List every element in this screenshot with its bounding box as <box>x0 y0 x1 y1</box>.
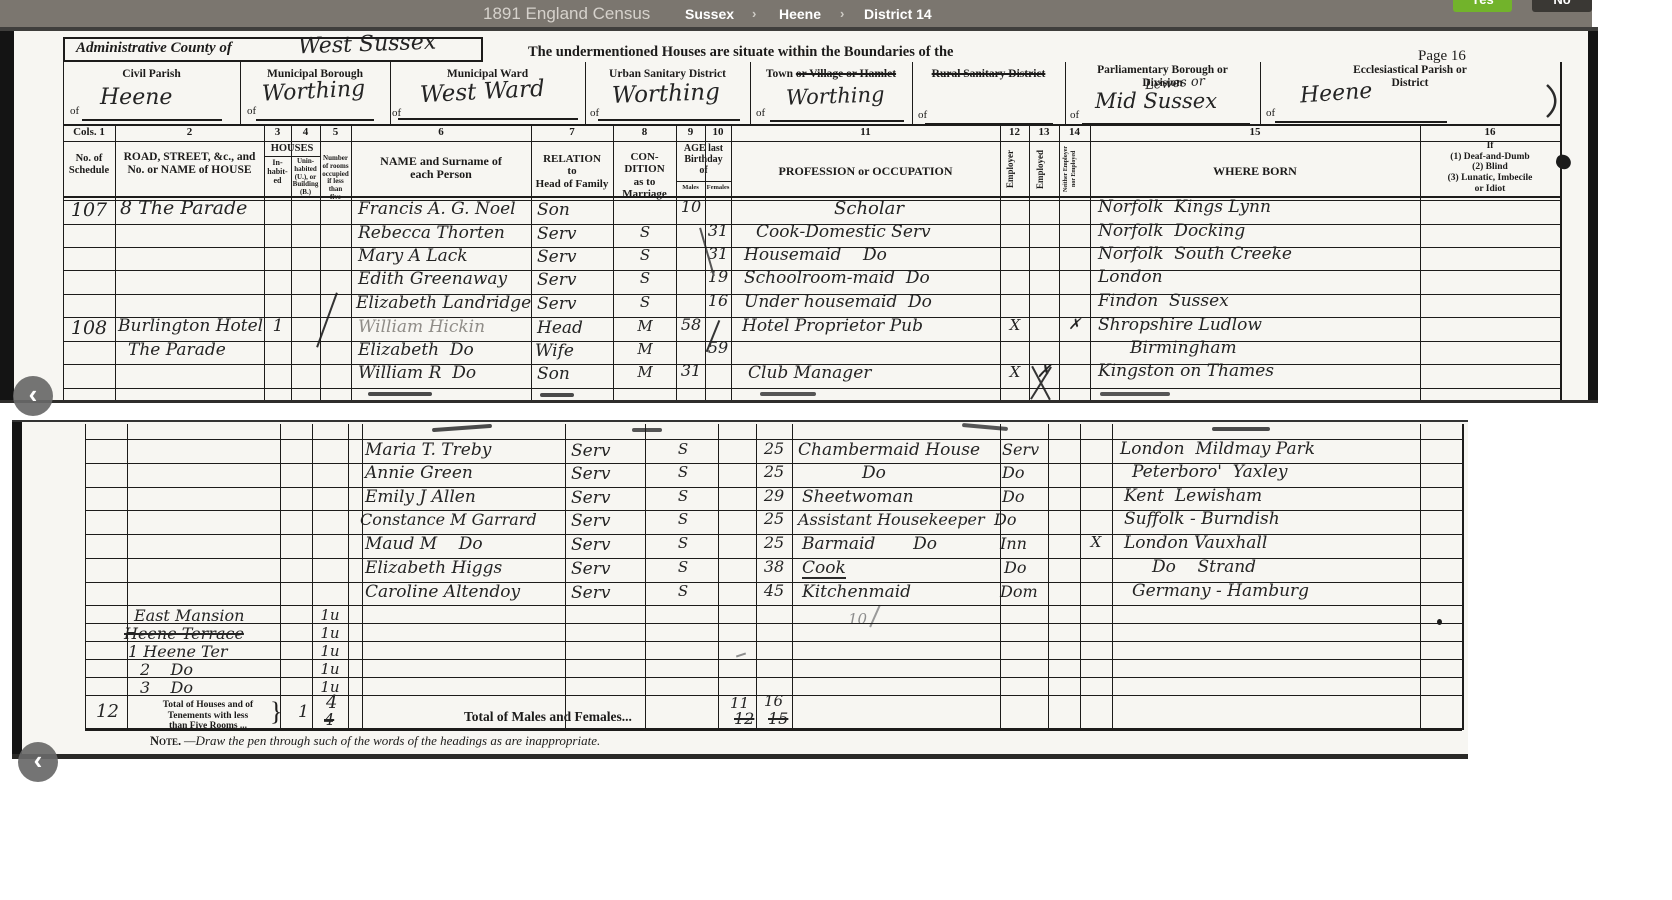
cutoff-writing <box>1100 392 1170 396</box>
cell-occupation: Cook <box>802 560 846 579</box>
grid-line <box>63 294 1560 295</box>
total-inhabited: 1 <box>298 704 309 721</box>
col-number: 9 <box>676 126 705 138</box>
cell-address: 3 Do <box>140 680 193 696</box>
district-value: Mid Sussex <box>1095 91 1217 112</box>
cell-address-struck: Heene Terrace <box>124 626 244 642</box>
no-button[interactable]: No <box>1532 0 1592 12</box>
grid-line <box>63 60 482 62</box>
grid-line <box>85 463 1462 464</box>
cell-name: Constance M Garrard <box>360 512 537 528</box>
cell-employer-mark: X <box>1001 365 1029 380</box>
of-label: of <box>247 105 256 117</box>
district-label: Rural Sanitary District <box>912 68 1065 81</box>
grid-line <box>1112 424 1113 730</box>
cell-occupation: Under housemaid Do <box>744 294 932 311</box>
col-number: 11 <box>731 126 1000 138</box>
header-houses: HOUSES <box>264 143 320 155</box>
of-label: of <box>1070 109 1079 121</box>
total-males-struck: 12 <box>734 711 754 727</box>
of-label: of <box>918 109 927 121</box>
cell-rooms: 1u <box>312 608 348 623</box>
boundary-text: The undermentioned Houses are situate wi… <box>528 44 954 61</box>
col-number: Cols. 1 <box>63 126 115 138</box>
grid-line <box>63 62 64 124</box>
cell-occupation-extra: Do <box>1002 489 1024 505</box>
cell-age-female: 19 <box>705 269 731 285</box>
cell-born: London Mildmay Park <box>1120 441 1315 458</box>
pencil-number: 10 <box>848 612 867 627</box>
cell-born: Kingston on Thames <box>1098 363 1274 380</box>
cell-name: Emily J Allen <box>365 489 476 506</box>
note-text: —Draw the pen through such of the words … <box>184 733 600 749</box>
cell-age: 25 <box>756 464 792 480</box>
cell-occupation: Barmaid Do <box>802 536 937 553</box>
grid-line <box>63 317 1560 318</box>
col-number: 6 <box>351 126 531 138</box>
ink-dot <box>1437 619 1442 625</box>
header-condition: CON- DITION as to Marriage <box>613 151 676 200</box>
grid-line <box>1560 62 1562 124</box>
cell-rooms: 1u <box>312 626 348 641</box>
cell-name: Annie Green <box>365 465 473 482</box>
cell-born: Peterboro' Yaxley <box>1132 464 1287 481</box>
district-label: Town or Village or Hamlet <box>750 68 912 81</box>
ink-blot <box>1555 153 1573 170</box>
header-where-born: WHERE BORN <box>1090 165 1420 178</box>
grid-line <box>1462 424 1464 730</box>
grid-line <box>731 124 732 400</box>
grid-line <box>63 247 1560 248</box>
cell-condition: S <box>625 248 665 263</box>
cell-age: 25 <box>756 535 792 551</box>
grid-line <box>565 424 566 730</box>
cell-condition: S <box>658 560 708 575</box>
previous-image-button-top[interactable]: ‹ <box>13 376 53 416</box>
cell-occupation: Chambermaid House <box>798 442 980 459</box>
cell-name: Mary A Lack <box>358 248 468 265</box>
breadcrumb-district[interactable]: District 14 <box>864 6 932 22</box>
grid-line <box>63 124 1560 126</box>
of-label: of <box>1266 107 1275 119</box>
header-inhabited: In- habit- ed <box>264 159 291 186</box>
col-number: 13 <box>1029 126 1059 138</box>
header-rooms: Number of rooms occupied if less than fi… <box>320 155 351 202</box>
cell-relation: Serv <box>537 249 576 266</box>
cell-born: Birmingham <box>1130 340 1237 357</box>
district-label: Civil Parish <box>63 68 240 81</box>
cell-relation: Head <box>537 320 583 337</box>
cell-condition: S <box>625 271 665 286</box>
cell-age-male: 31 <box>678 363 704 379</box>
col-number: 2 <box>115 126 264 138</box>
district-label: Urban Sanitary District <box>585 68 750 81</box>
cell-age-female: 31 <box>705 223 731 239</box>
col-number: 4 <box>291 126 320 138</box>
viewer-toolbar: 1891 England Census Sussex › Heene › Dis… <box>0 0 1592 27</box>
page-title: 1891 England Census <box>483 4 650 24</box>
grid-line <box>1082 123 1250 125</box>
grid-line <box>85 510 1462 511</box>
col-number: 16 <box>1420 126 1560 138</box>
cell-relation: Serv <box>571 513 610 530</box>
total-females-struck: 15 <box>768 711 788 727</box>
previous-image-button-bottom[interactable]: ‹ <box>18 742 58 782</box>
col-number: 14 <box>1059 126 1090 138</box>
grid-line <box>85 439 1462 440</box>
cell-rooms: 1u <box>312 662 348 677</box>
grid-line <box>63 364 1560 365</box>
grid-line <box>85 728 1462 731</box>
grid-line <box>390 62 391 124</box>
grid-line <box>1000 424 1001 730</box>
cell-condition: M <box>625 319 665 334</box>
cell-relation: Serv <box>571 490 610 507</box>
cell-schedule: 107 <box>64 201 114 220</box>
cell-occupation: Scholar <box>742 200 996 218</box>
cell-born: Norfolk South Creeke <box>1098 246 1292 263</box>
cell-born: Suffolk - Burndish <box>1124 511 1280 528</box>
cell-employer-mark: X <box>1080 535 1112 550</box>
cell-age: 38 <box>756 559 792 575</box>
col-number: 8 <box>613 126 676 138</box>
scan-edge-right <box>1588 31 1598 400</box>
cell-name: Caroline Altendoy <box>365 584 520 601</box>
cell-born: Do Strand <box>1152 559 1256 576</box>
cell-name: William Hickin <box>358 319 485 336</box>
grid-line <box>82 119 222 121</box>
district-value: Heene <box>100 87 172 109</box>
grid-line <box>256 119 374 121</box>
cell-relation: Serv <box>571 443 610 460</box>
grid-line <box>85 534 1462 535</box>
grid-line <box>925 123 1053 125</box>
cell-address: The Parade <box>128 342 226 359</box>
of-label: of <box>590 107 599 119</box>
cell-condition: S <box>658 512 708 527</box>
header-uninhabited: Unin- habited (U.), or Building (B.) <box>291 158 320 197</box>
census-image-strip-top[interactable]: Administrative County of West Sussex The… <box>0 27 1598 403</box>
grid-line <box>531 124 532 400</box>
cell-address: Burlington Hotel <box>118 318 263 335</box>
cell-born: Norfolk Kings Lynn <box>1098 199 1271 216</box>
cell-occupation: Hotel Proprietor Pub <box>742 318 923 335</box>
cell-occupation-extra: Do <box>1002 465 1024 481</box>
breadcrumb-separator: › <box>840 6 844 21</box>
cell-born: Germany - Hamburg <box>1132 583 1309 600</box>
cell-relation: Son <box>537 202 570 219</box>
cell-name: Francis A. G. Noel <box>358 201 516 218</box>
cell-relation: Serv <box>537 226 576 243</box>
total-rooms-struck: 4 <box>324 712 334 728</box>
grid-line <box>63 37 482 39</box>
cutoff-writing <box>432 424 492 432</box>
header-road: ROAD, STREET, &c., and No. or NAME of HO… <box>115 151 264 177</box>
grid-line <box>63 224 1560 225</box>
grid-line <box>85 424 86 730</box>
cell-age: 29 <box>756 488 792 504</box>
cell-born: Shropshire Ludlow <box>1098 317 1262 334</box>
grid-line <box>85 659 1462 660</box>
grid-line <box>1420 424 1421 730</box>
cell-age: 25 <box>756 511 792 527</box>
grid-line <box>585 62 586 124</box>
grid-line <box>613 124 614 400</box>
grid-line <box>1000 124 1001 400</box>
col-number: 10 <box>705 126 731 138</box>
grid-line <box>756 424 757 730</box>
cutoff-writing <box>962 423 1008 431</box>
of-label: of <box>756 107 765 119</box>
grid-line <box>1260 62 1261 124</box>
district-value: West Ward <box>419 78 545 108</box>
cell-name: Elizabeth Do <box>358 342 474 359</box>
cell-address: East Mansion <box>134 608 244 624</box>
col-number: 15 <box>1090 126 1420 138</box>
cutoff-writing <box>368 392 432 396</box>
header-infirmity: If (1) Deaf-and-Dumb (2) Blind (3) Lunat… <box>1424 141 1556 194</box>
cell-condition: S <box>625 295 665 310</box>
cell-address: 2 Do <box>140 662 193 678</box>
grid-line <box>1065 62 1066 124</box>
cell-relation: Wife <box>535 343 574 360</box>
district-value: Heene <box>1299 81 1373 108</box>
grid-line <box>63 196 1560 198</box>
cell-rooms: 1u <box>312 644 348 659</box>
grid-line <box>481 37 483 62</box>
col-number: 5 <box>320 126 351 138</box>
cell-occupation: Do <box>862 465 886 482</box>
cell-relation: Son <box>537 366 570 383</box>
cell-condition: S <box>658 465 708 480</box>
cutoff-writing <box>1212 427 1270 431</box>
cell-name: Elizabeth Landridge <box>356 295 531 312</box>
note-label: Note. <box>150 734 181 749</box>
grid-line <box>264 156 320 157</box>
grid-line <box>115 124 116 400</box>
grid-line <box>792 424 793 730</box>
grid-line <box>718 424 719 730</box>
cell-neither-mark: ✗ <box>1059 317 1090 332</box>
grid-line <box>85 641 1462 642</box>
header-name: NAME and Surname of each Person <box>351 155 531 182</box>
admin-county-label: Administrative County of <box>76 40 232 57</box>
col-number: 3 <box>264 126 291 138</box>
grid-line <box>85 695 1462 696</box>
breadcrumb-separator: › <box>752 6 756 21</box>
cell-occupation: Club Manager <box>748 365 871 382</box>
col-number: 7 <box>531 126 613 138</box>
cell-born: London Vauxhall <box>1124 535 1267 552</box>
cell-condition: M <box>625 342 665 357</box>
grid-line <box>1080 424 1081 730</box>
cell-condition: S <box>658 442 708 457</box>
district-value: Worthing <box>261 78 365 105</box>
cell-occupation: Sheetwoman <box>802 489 914 506</box>
cell-born: Norfolk Docking <box>1098 223 1245 240</box>
cell-occupation: Schoolroom-maid Do <box>744 270 930 287</box>
grid-line <box>912 62 913 124</box>
admin-county-value: West Sussex <box>298 32 437 59</box>
total-schedule: 12 <box>96 703 119 721</box>
grid-line <box>63 37 65 62</box>
grid-line <box>676 124 677 400</box>
cell-age-female: 16 <box>705 293 731 309</box>
grid-line <box>127 424 128 730</box>
cell-occupation-extra: Dom <box>1000 584 1038 600</box>
cell-occupation-extra: Inn <box>1000 536 1027 552</box>
header-schedule: No. of Schedule <box>63 153 115 177</box>
yes-button[interactable]: Yes <box>1453 0 1512 12</box>
census-image-strip-bottom[interactable]: Maria T. Treby Serv S 25 Chambermaid Hou… <box>12 420 1468 759</box>
cutoff-writing <box>760 392 816 396</box>
cell-occupation: Cook-Domestic Serv <box>756 224 931 241</box>
cell-schedule: 108 <box>64 319 114 338</box>
cell-born: London <box>1098 269 1163 286</box>
header-age: AGE last Birthday of <box>676 143 731 177</box>
grid-line <box>1048 424 1049 730</box>
grid-line <box>645 424 646 730</box>
grid-line <box>280 424 281 730</box>
cell-relation: Serv <box>537 296 576 313</box>
cell-inhabited: 1 <box>266 318 290 335</box>
scan-edge-left <box>0 31 14 400</box>
grid-line <box>85 623 1462 624</box>
grid-line <box>63 124 64 400</box>
grid-line <box>705 124 706 400</box>
grid-line <box>351 124 352 400</box>
cell-condition: M <box>625 365 665 380</box>
grid-line <box>320 124 321 400</box>
header-females: Females <box>705 184 731 191</box>
cell-name: Maud M Do <box>365 536 483 553</box>
cutoff-writing <box>632 428 662 432</box>
total-females: 16 <box>764 694 783 709</box>
cell-born: Kent Lewisham <box>1124 488 1262 505</box>
grid-line <box>362 424 363 730</box>
grid-line <box>1090 124 1091 400</box>
grid-line <box>63 388 1560 389</box>
grid-line <box>63 270 1560 271</box>
cell-relation: Serv <box>571 537 610 554</box>
district-value: Worthing <box>786 84 885 108</box>
cell-name: Rebecca Thorten <box>358 225 505 242</box>
cell-name: Edith Greenaway <box>358 271 507 288</box>
grid-line <box>398 118 578 120</box>
grid-line <box>1560 124 1562 400</box>
cell-condition: S <box>658 584 708 599</box>
cell-condition: S <box>658 489 708 504</box>
cell-relation: Serv <box>537 272 576 289</box>
cell-age-male: 10 <box>678 199 704 215</box>
col-number: 12 <box>1000 126 1029 138</box>
cell-condition: S <box>625 225 665 240</box>
cell-name: Maria T. Treby <box>365 442 491 459</box>
cell-relation: Serv <box>571 561 610 578</box>
cell-relation: Serv <box>571 585 610 602</box>
grid-line <box>63 341 1560 342</box>
scan-edge-left <box>12 422 22 754</box>
cell-occupation-extra: Serv <box>1002 442 1039 458</box>
grid-line <box>63 141 1560 142</box>
cell-occupation-extra: Do <box>1004 560 1026 576</box>
grid-line <box>598 119 740 121</box>
cell-born: Findon Sussex <box>1098 293 1229 310</box>
grid-line <box>85 582 1462 583</box>
grid-line <box>240 62 241 124</box>
grid-line <box>676 181 731 182</box>
cell-name: William R Do <box>358 365 476 382</box>
grid-line <box>264 124 265 400</box>
cell-occupation: Assistant Housekeeper <box>798 512 985 528</box>
total-males-females-label: Total of Males and Females... <box>464 709 632 725</box>
grid-line <box>85 605 1462 606</box>
cell-occupation: Kitchenmaid <box>802 584 911 601</box>
cell-condition: S <box>658 536 708 551</box>
of-label: of <box>70 105 79 117</box>
grid-line <box>770 120 904 122</box>
cell-relation: Serv <box>571 466 610 483</box>
cell-address: 1 Heene Ter <box>128 644 228 660</box>
cutoff-writing <box>540 393 574 397</box>
grid-line <box>85 558 1462 559</box>
grid-line <box>1420 124 1421 400</box>
grid-line <box>85 487 1462 488</box>
header-males: Males <box>676 184 705 191</box>
grid-line <box>1029 124 1030 400</box>
cell-occupation: Housemaid Do <box>744 247 887 264</box>
grid-line <box>348 424 349 730</box>
grid-line <box>1275 121 1447 123</box>
cell-name: Elizabeth Higgs <box>365 560 502 577</box>
cell-age-male: 58 <box>678 317 704 333</box>
page-number: Page 16 <box>1418 48 1466 65</box>
cell-age: 45 <box>756 583 792 599</box>
district-value: Worthing <box>612 81 721 108</box>
grid-line <box>1059 124 1060 400</box>
grid-line <box>750 62 751 124</box>
header-employed: Employed <box>1035 144 1045 194</box>
grid-line <box>85 677 1462 678</box>
cell-occupation-extra: Do <box>994 512 1016 528</box>
cell-address: 8 The Parade <box>120 199 247 218</box>
header-employer: Employer <box>1005 144 1015 194</box>
pencil-tick <box>736 653 746 658</box>
grid-line <box>291 124 292 400</box>
header-neither: Neither Employer nor Employed <box>1063 141 1079 197</box>
header-profession: PROFESSION or OCCUPATION <box>731 165 1000 178</box>
cell-age: 25 <box>756 441 792 457</box>
grid-line <box>312 424 313 730</box>
breadcrumb-sussex[interactable]: Sussex <box>685 6 734 22</box>
header-relation: RELATION to Head of Family <box>531 153 613 190</box>
grid-line <box>63 200 1560 201</box>
breadcrumb-heene[interactable]: Heene <box>779 6 821 22</box>
cell-employer-mark: X <box>1001 318 1029 333</box>
